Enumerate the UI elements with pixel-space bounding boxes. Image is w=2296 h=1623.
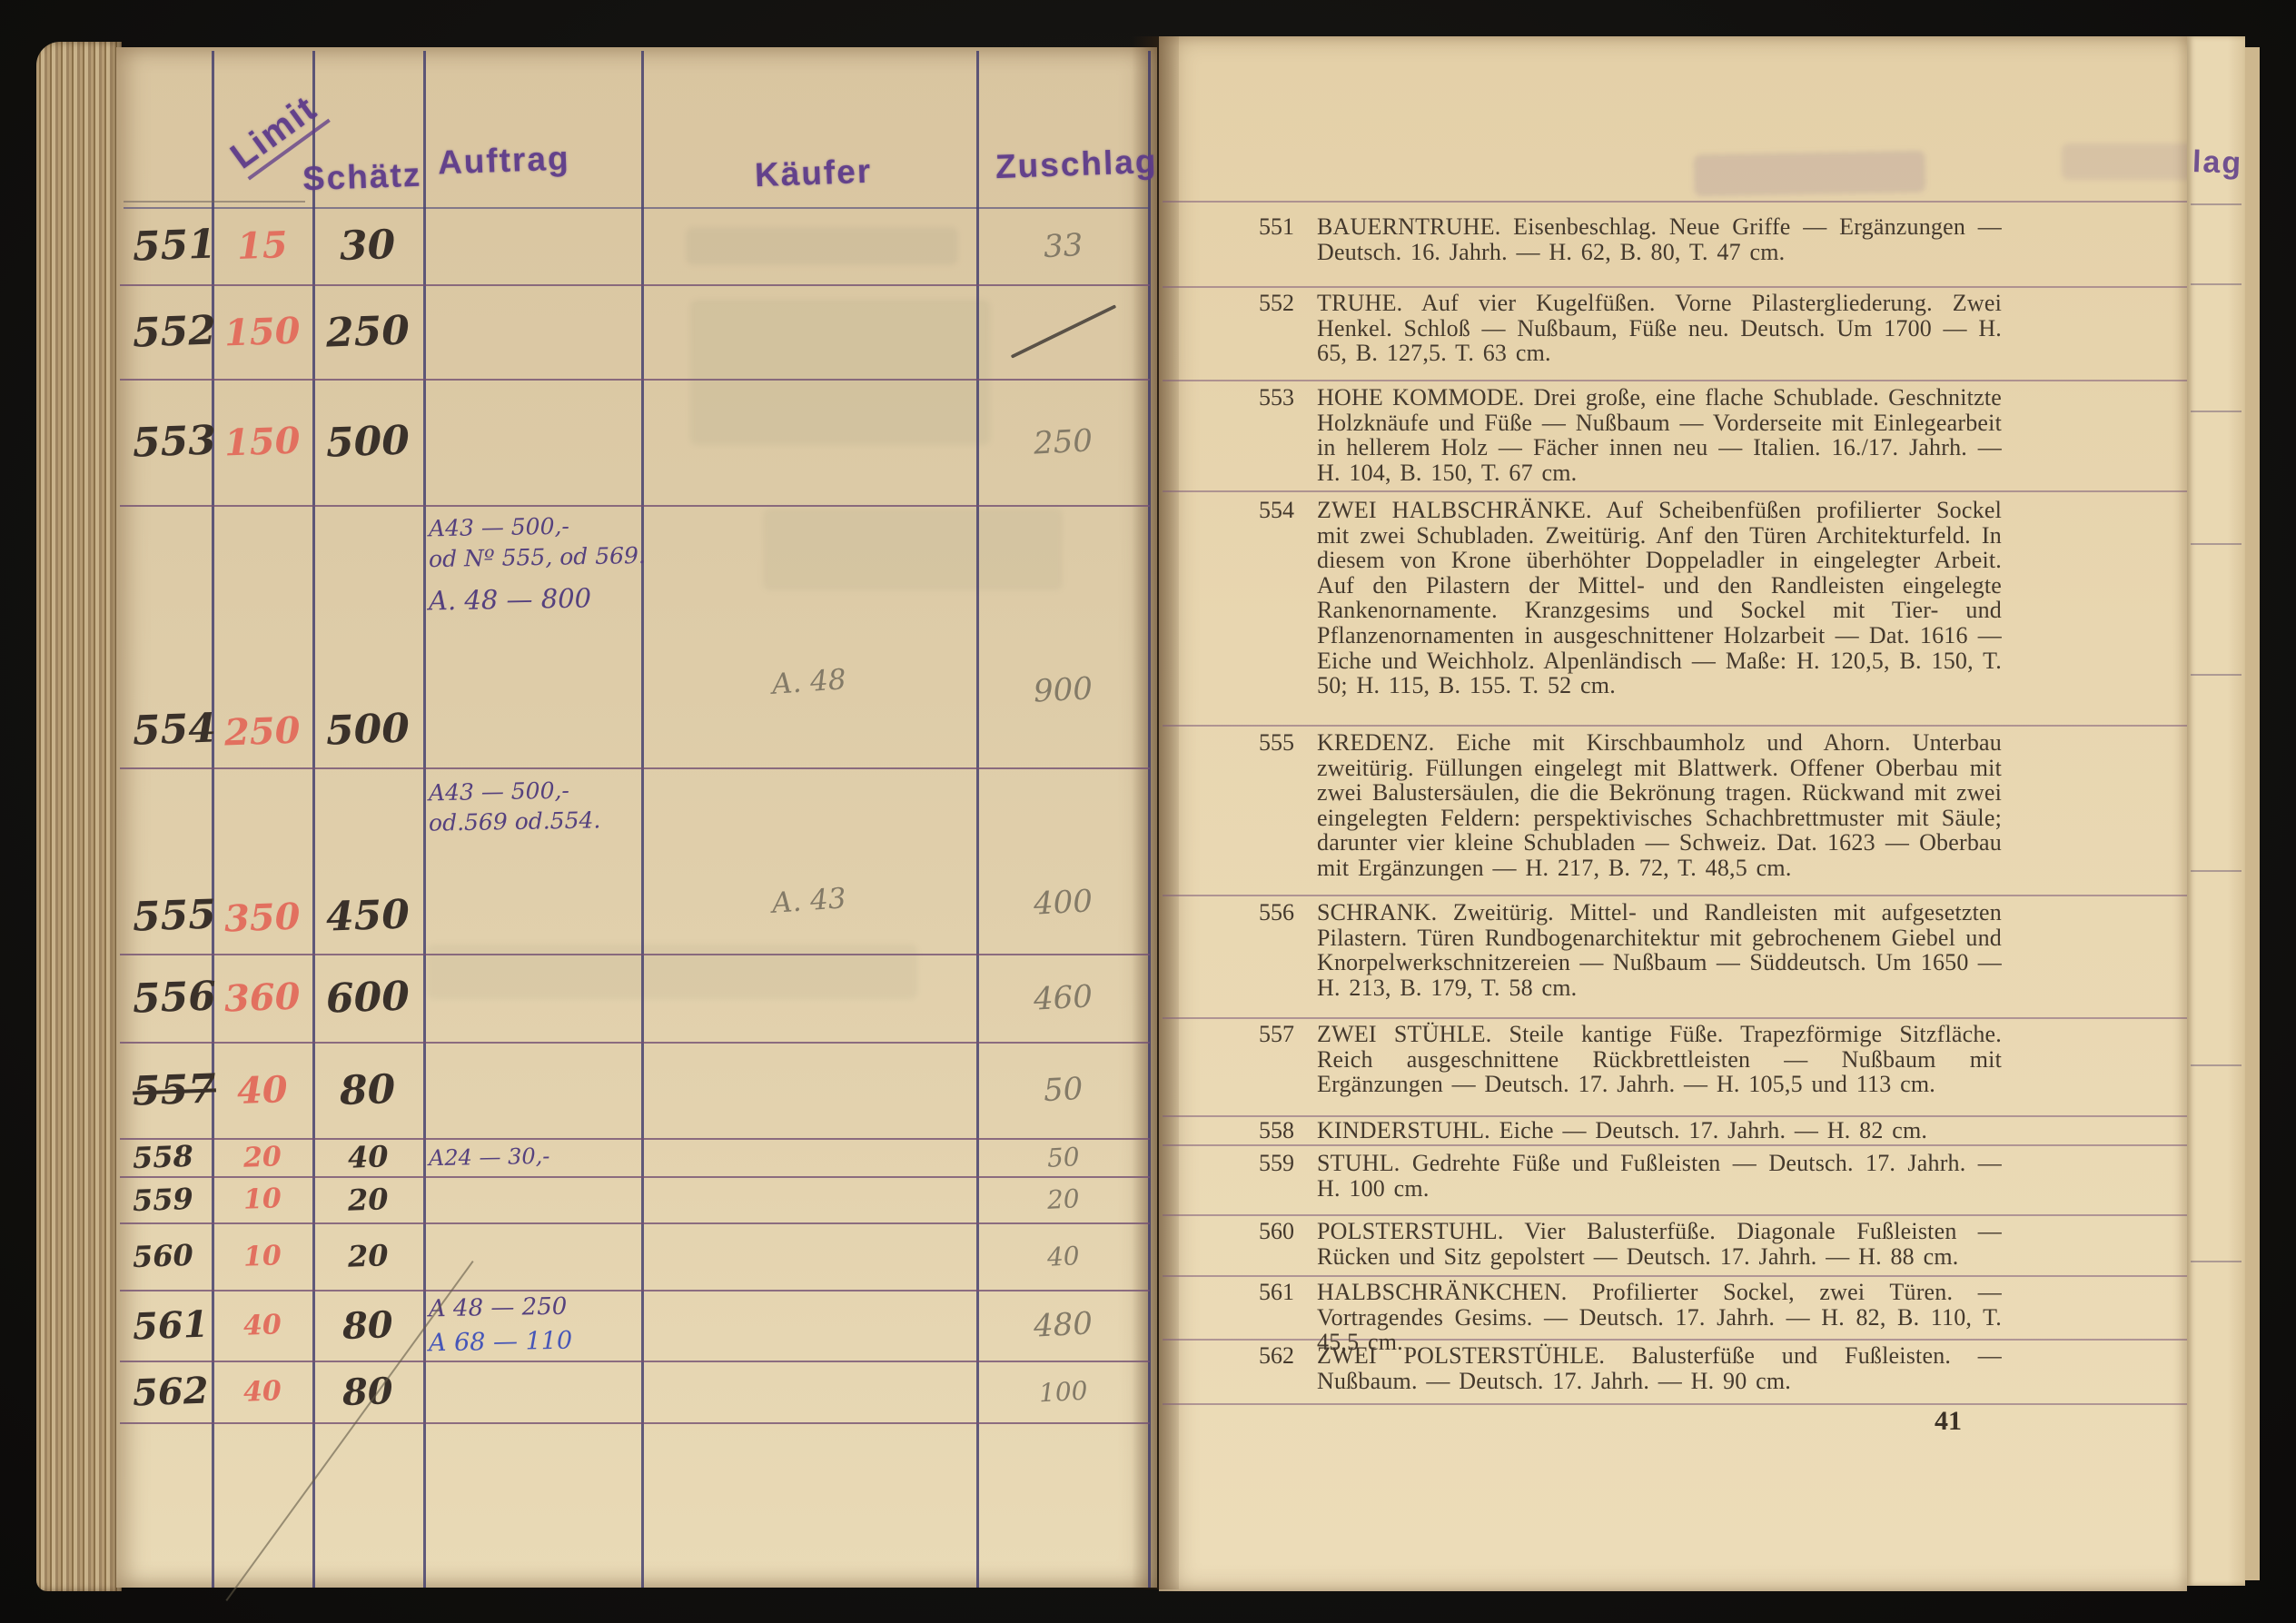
zuschlag-cell: 900 bbox=[976, 505, 1150, 767]
kaeufer-cell: A. 48 bbox=[641, 505, 976, 767]
limit-cell: 150 bbox=[212, 379, 312, 505]
limit-value: 350 bbox=[223, 896, 301, 941]
schaetz-cell: 30 bbox=[312, 207, 423, 284]
limit-cell: 15 bbox=[212, 207, 312, 284]
auftrag-cell: A24 — 30,- bbox=[423, 1138, 647, 1176]
zuschlag-cell: 400 bbox=[976, 767, 1150, 954]
zuschlag-cell: 460 bbox=[976, 954, 1150, 1042]
entry-text: POLSTERSTUHL. Vier Balusterfüße. Diagona… bbox=[1317, 1218, 2002, 1270]
entry-separator bbox=[1163, 380, 2187, 381]
zuschlag-cell: 250 bbox=[976, 379, 1150, 505]
next-page-rule bbox=[2191, 283, 2242, 285]
schaetz-cell: 500 bbox=[312, 379, 423, 505]
schaetz-value: 600 bbox=[325, 973, 411, 1022]
ledger-row: 560 10 20 40 bbox=[120, 1222, 1150, 1291]
zuschlag-cell: 50 bbox=[976, 1138, 1150, 1176]
entry-text: ZWEI STÜHLE. Steile kantige Füße. Trapez… bbox=[1317, 1021, 2002, 1097]
schaetz-cell: 80 bbox=[312, 1361, 423, 1422]
entry-number: 557 bbox=[1259, 1022, 1311, 1047]
auftrag-note: A. 48 — 800 bbox=[429, 583, 592, 616]
entry-text: TRUHE. Auf vier Kugelfüßen. Vorne Pilast… bbox=[1317, 290, 2002, 366]
ledger-row: 562 40 80 100 bbox=[120, 1361, 1150, 1424]
catalog-entry: 558KINDERSTUHL. Eiche — Deutsch. 17. Jah… bbox=[1259, 1118, 2002, 1143]
catalog-entry: 555KREDENZ. Eiche mit Kirschbaumholz und… bbox=[1259, 730, 2002, 881]
auftrag-note: A24 — 30,- bbox=[429, 1141, 550, 1173]
limit-value: 15 bbox=[236, 223, 288, 268]
next-page-rule bbox=[2191, 1261, 2242, 1262]
schaetz-cell: 600 bbox=[312, 954, 423, 1042]
entry-number: 558 bbox=[1259, 1118, 1311, 1143]
ledger-row: 558 20 40 A24 — 30,- 50 bbox=[120, 1138, 1150, 1178]
book-page-stack-edge bbox=[36, 42, 122, 1591]
limit-value: 40 bbox=[242, 1309, 282, 1341]
limit-cell: 40 bbox=[212, 1361, 312, 1422]
column-stamp-auftrag: Auftrag bbox=[437, 139, 570, 182]
lot-number: 559 bbox=[132, 1181, 193, 1217]
lot-number: 556 bbox=[132, 973, 217, 1022]
entry-text: STUHL. Gedrehte Füße und Fußleisten — De… bbox=[1317, 1150, 2002, 1202]
column-stamp-kaeufer: Käufer bbox=[754, 153, 873, 194]
entry-separator bbox=[1163, 286, 2187, 288]
schaetz-cell: 250 bbox=[312, 284, 423, 379]
zuschlag-value: 20 bbox=[1046, 1183, 1080, 1215]
auftrag-cell: A 48 — 250 A 68 — 110 bbox=[423, 1290, 647, 1361]
ledger-row: 559 10 20 20 bbox=[120, 1176, 1150, 1224]
schaetz-value: 250 bbox=[325, 307, 411, 356]
auftrag-cell: A43 — 500,- od.569 od.554. bbox=[423, 767, 647, 954]
entry-text: HOHE KOMMODE. Drei große, eine flache Sc… bbox=[1317, 384, 2002, 486]
schaetz-value: 80 bbox=[340, 1065, 397, 1113]
zuschlag-value: 400 bbox=[1033, 883, 1094, 922]
limit-value: 40 bbox=[242, 1375, 282, 1408]
partial-stamp-zuschlag: lag bbox=[2192, 144, 2242, 182]
schaetz-cell: 20 bbox=[312, 1222, 423, 1290]
entry-separator bbox=[1163, 1403, 2187, 1405]
column-stamp-zuschlag: Zuschlag bbox=[995, 143, 1157, 186]
lot-number: 557 bbox=[132, 1065, 217, 1114]
next-page-edge bbox=[2187, 36, 2245, 1586]
lot-number: 555 bbox=[132, 891, 217, 940]
lot-cell: 552 bbox=[120, 284, 224, 379]
zuschlag-cell: 50 bbox=[976, 1042, 1150, 1138]
catalog-entry: 560POLSTERSTUHL. Vier Balusterfüße. Diag… bbox=[1259, 1219, 2002, 1269]
scanned-book-spread: Limit Schätz Auftrag Käufer Zuschlag 551… bbox=[0, 0, 2296, 1623]
catalog-entry: 554ZWEI HALBSCHRÄNKE. Auf Scheibenfüßen … bbox=[1259, 498, 2002, 698]
entry-text: KREDENZ. Eiche mit Kirschbaumholz und Ah… bbox=[1317, 729, 2002, 881]
zuschlag-cell: 20 bbox=[976, 1176, 1150, 1222]
schaetz-cell: 80 bbox=[312, 1042, 423, 1138]
zuschlag-value: 480 bbox=[1033, 1305, 1094, 1344]
next-page-rule bbox=[2191, 870, 2242, 872]
limit-cell: 20 bbox=[212, 1138, 312, 1176]
schaetz-cell: 500 bbox=[312, 505, 423, 767]
zuschlag-cell: 480 bbox=[976, 1290, 1150, 1361]
entry-separator bbox=[1163, 490, 2187, 492]
entry-number: 561 bbox=[1259, 1280, 1311, 1305]
lot-cell: 561 bbox=[120, 1290, 224, 1361]
zuschlag-cell: 33 bbox=[976, 207, 1150, 284]
zuschlag-cell: 40 bbox=[976, 1222, 1150, 1290]
ledger-row: 557 40 80 50 bbox=[120, 1042, 1150, 1140]
ledger-row: 552 150 250 bbox=[120, 284, 1150, 381]
limit-value: 360 bbox=[223, 975, 301, 1021]
catalog-entry: 556SCHRANK. Zweitürig. Mittel- und Randl… bbox=[1259, 900, 2002, 1000]
next-page-rule bbox=[2191, 1064, 2242, 1066]
lot-cell: 560 bbox=[120, 1222, 224, 1290]
limit-value: 150 bbox=[223, 309, 301, 354]
catalog-entry: 552TRUHE. Auf vier Kugelfüßen. Vorne Pil… bbox=[1259, 291, 2002, 366]
catalog-entry: 551BAUERNTRUHE. Eisenbeschlag. Neue Grif… bbox=[1259, 214, 2002, 264]
limit-cell: 10 bbox=[212, 1176, 312, 1222]
ledger-row: 556 360 600 460 bbox=[120, 954, 1150, 1044]
limit-cell: 10 bbox=[212, 1222, 312, 1290]
entry-number: 551 bbox=[1259, 214, 1311, 240]
ledger-row: 553 150 500 250 bbox=[120, 379, 1150, 507]
lot-number: 560 bbox=[132, 1238, 193, 1274]
zuschlag-value: 40 bbox=[1046, 1241, 1080, 1272]
auftrag-note: A43 — 500,- bbox=[429, 776, 569, 808]
limit-cell: 350 bbox=[212, 767, 312, 954]
next-page-rule bbox=[2191, 203, 2242, 205]
lot-cell: 554 bbox=[120, 505, 224, 767]
catalog-entry: 559STUHL. Gedrehte Füße und Fußleisten —… bbox=[1259, 1151, 2002, 1201]
column-stamp-schaetz: Schätz bbox=[302, 156, 422, 199]
entry-number: 554 bbox=[1259, 498, 1311, 523]
entry-number: 553 bbox=[1259, 385, 1311, 411]
lot-cell: 559 bbox=[120, 1176, 224, 1222]
limit-cell: 40 bbox=[212, 1290, 312, 1361]
cross-out-slash bbox=[1010, 304, 1116, 359]
limit-value: 40 bbox=[236, 1068, 288, 1113]
schaetz-value: 450 bbox=[325, 891, 411, 940]
page-number: 41 bbox=[1935, 1406, 1962, 1437]
schaetz-value: 40 bbox=[347, 1139, 389, 1175]
entry-text: KINDERSTUHL. Eiche — Deutsch. 17. Jahrh.… bbox=[1317, 1117, 1927, 1143]
entry-number: 552 bbox=[1259, 291, 1311, 316]
auftrag-note: od Nº 555, od 569. bbox=[429, 540, 646, 574]
catalog-entry: 557ZWEI STÜHLE. Steile kantige Füße. Tra… bbox=[1259, 1022, 2002, 1097]
limit-cell: 40 bbox=[212, 1042, 312, 1138]
catalog-entry: 562ZWEI POLSTERSTÜHLE. Balusterfüße und … bbox=[1259, 1343, 2002, 1393]
faint-stamp-remnant bbox=[2062, 143, 2198, 180]
kaeufer-value: A. 43 bbox=[771, 882, 847, 920]
zuschlag-value: 900 bbox=[1033, 670, 1094, 709]
schaetz-cell: 40 bbox=[312, 1138, 423, 1176]
limit-value: 250 bbox=[223, 709, 301, 755]
lot-number: 554 bbox=[132, 705, 217, 754]
lot-number: 558 bbox=[132, 1139, 193, 1175]
zuschlag-value: 50 bbox=[1046, 1142, 1080, 1173]
kaeufer-cell: A. 43 bbox=[641, 767, 976, 954]
auftrag-cell: A43 — 500,- od Nº 555, od 569. A. 48 — 8… bbox=[423, 505, 647, 767]
lot-cell: 558 bbox=[120, 1138, 224, 1176]
lot-cell: 562 bbox=[120, 1361, 224, 1422]
lot-cell: 556 bbox=[120, 954, 224, 1042]
schaetz-value: 500 bbox=[325, 417, 411, 466]
ledger-row: 554 250 500 A43 — 500,- od Nº 555, od 56… bbox=[120, 505, 1150, 769]
lot-cell: 553 bbox=[120, 379, 224, 505]
zuschlag-value: 33 bbox=[1043, 226, 1084, 264]
lot-number: 562 bbox=[132, 1369, 209, 1414]
ledger-row: 561 40 80 A 48 — 250 A 68 — 110 480 bbox=[120, 1290, 1150, 1362]
entry-text: BAUERNTRUHE. Eisenbeschlag. Neue Griffe … bbox=[1317, 213, 2002, 265]
entry-text: SCHRANK. Zweitürig. Mittel- und Randleis… bbox=[1317, 899, 2002, 1001]
entry-separator bbox=[1163, 1275, 2187, 1277]
schaetz-value: 30 bbox=[340, 222, 397, 270]
entry-number: 562 bbox=[1259, 1343, 1311, 1369]
next-page-edge-sliver bbox=[2245, 47, 2260, 1580]
lot-cell: 551 bbox=[120, 207, 224, 284]
lot-cell: 555 bbox=[120, 767, 224, 954]
entry-number: 555 bbox=[1259, 730, 1311, 756]
lot-number: 553 bbox=[132, 417, 217, 466]
zuschlag-value: 250 bbox=[1033, 422, 1094, 461]
ledger-row: 551 15 30 33 bbox=[120, 207, 1150, 286]
limit-value: 150 bbox=[223, 420, 301, 465]
auftrag-note: A 48 — 250 bbox=[429, 1291, 568, 1327]
schaetz-value: 500 bbox=[325, 705, 411, 754]
auftrag-note: A43 — 500,- bbox=[429, 511, 569, 544]
lot-number: 552 bbox=[132, 307, 217, 356]
entry-separator bbox=[1163, 725, 2187, 727]
entry-text: ZWEI HALBSCHRÄNKE. Auf Scheibenfüßen pro… bbox=[1317, 497, 2002, 698]
auftrag-note-blue-ink: A 68 — 110 bbox=[429, 1324, 573, 1361]
lot-cell: 557 bbox=[120, 1042, 224, 1138]
entry-number: 556 bbox=[1259, 900, 1311, 925]
limit-cell: 360 bbox=[212, 954, 312, 1042]
limit-value: 10 bbox=[242, 1240, 282, 1272]
lot-number: 551 bbox=[132, 221, 217, 270]
kaeufer-value: A. 48 bbox=[771, 663, 847, 701]
entry-separator bbox=[1163, 201, 2187, 203]
schaetz-value: 20 bbox=[347, 1238, 389, 1274]
catalog-entry: 553HOHE KOMMODE. Drei große, eine flache… bbox=[1259, 385, 2002, 485]
schaetz-cell: 450 bbox=[312, 767, 423, 954]
limit-cell: 250 bbox=[212, 505, 312, 767]
zuschlag-value: 100 bbox=[1038, 1375, 1088, 1408]
next-page-rule bbox=[2191, 411, 2242, 412]
limit-value: 10 bbox=[242, 1183, 282, 1215]
entry-separator bbox=[1163, 895, 2187, 896]
entry-separator bbox=[1163, 1214, 2187, 1216]
entry-number: 560 bbox=[1259, 1219, 1311, 1244]
next-page-rule bbox=[2191, 674, 2242, 676]
limit-cell: 150 bbox=[212, 284, 312, 379]
schaetz-cell: 20 bbox=[312, 1176, 423, 1222]
next-page-rule bbox=[2191, 543, 2242, 545]
limit-value: 20 bbox=[242, 1141, 282, 1173]
lot-number: 561 bbox=[132, 1302, 209, 1348]
ledger-row: 555 350 450 A43 — 500,- od.569 od.554. A… bbox=[120, 767, 1150, 955]
schaetz-value: 20 bbox=[347, 1182, 389, 1218]
zuschlag-cell: 100 bbox=[976, 1361, 1150, 1422]
entry-separator bbox=[1163, 1017, 2187, 1019]
schaetz-value: 80 bbox=[341, 1303, 393, 1348]
auftrag-note: od.569 od.554. bbox=[429, 805, 601, 837]
entry-text: ZWEI POLSTERSTÜHLE. Balusterfüße und Fuß… bbox=[1317, 1342, 2002, 1394]
zuschlag-value: 460 bbox=[1033, 978, 1094, 1017]
zuschlag-cell bbox=[976, 284, 1150, 379]
entry-separator bbox=[1163, 1144, 2187, 1146]
faint-stamp-remnant bbox=[1694, 151, 1926, 196]
entry-number: 559 bbox=[1259, 1151, 1311, 1176]
zuschlag-value: 50 bbox=[1043, 1071, 1084, 1109]
